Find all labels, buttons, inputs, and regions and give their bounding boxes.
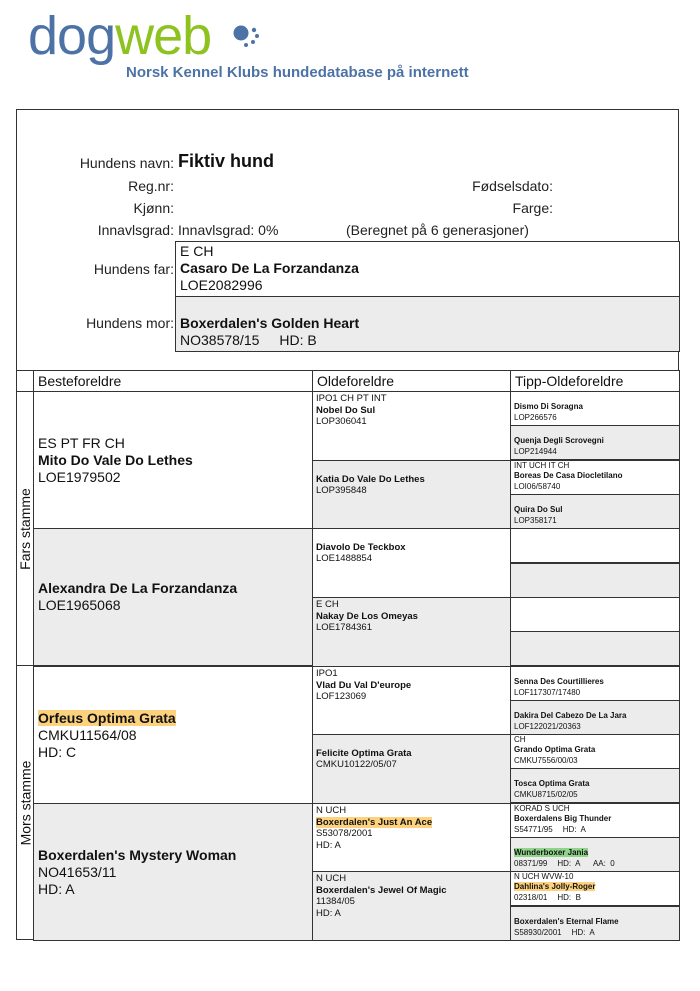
ggg-titles: CH bbox=[514, 735, 676, 746]
great-grandparent-name[interactable]: Boxerdalen's Jewel Of Magic bbox=[316, 885, 447, 896]
logo-dots-icon bbox=[232, 24, 262, 50]
grandparent-name-line: Mito Do Vale Do Lethes bbox=[38, 452, 308, 469]
grandparent-titles: ES PT FR CH bbox=[38, 435, 308, 452]
ggg-reg-line: 02318/01HD: B bbox=[514, 893, 676, 904]
ggg-titles: N UCH WVW-10 bbox=[514, 872, 676, 883]
grandparent-name[interactable]: Boxerdalen's Mystery Woman bbox=[38, 847, 236, 863]
ggg-name[interactable]: Quenja Degli Scrovegni bbox=[514, 436, 604, 445]
great-grandparent-cell[interactable]: N UCHBoxerdalen's Jewel Of Magic11384/05… bbox=[312, 871, 511, 941]
great-grandparent-reg: LOP306041 bbox=[316, 416, 507, 428]
great-grandparent-titles: N UCH bbox=[316, 805, 507, 817]
ggg-reg: LOF117307/17480 bbox=[514, 688, 580, 697]
logo-dog-text: dog bbox=[28, 6, 115, 66]
great-grandparent-cell[interactable]: N UCHBoxerdalen's Just An AceS53078/2001… bbox=[312, 803, 511, 873]
dam-side-label: Mors stamme bbox=[16, 665, 34, 940]
name-label: Hundens navn: bbox=[80, 155, 174, 171]
inbreeding-note: (Beregnet på 6 generasjoner) bbox=[346, 222, 529, 238]
great-grandparent-name[interactable]: Vlad Du Val D'europe bbox=[316, 680, 411, 691]
great-grandparent-reg: S53078/2001 bbox=[316, 828, 507, 840]
great-grandparent-name-line: Vlad Du Val D'europe bbox=[316, 680, 507, 692]
great-great-grandparent-cell[interactable]: Quira Do SulLOP358171 bbox=[510, 494, 680, 529]
grandparent-cell[interactable]: Alexandra De La ForzandanzaLOE1965068 bbox=[33, 528, 313, 666]
ggg-reg: LOF122021/20363 bbox=[514, 722, 581, 731]
dam-name[interactable]: Boxerdalen's Golden Heart bbox=[180, 315, 675, 332]
ggg-name-line: Dahlina's Jolly-Roger bbox=[514, 882, 676, 893]
great-grandparent-cell[interactable]: IPO1Vlad Du Val D'europeLOF123069 bbox=[312, 666, 511, 736]
inbreeding-label: Innavlsgrad: bbox=[98, 222, 174, 238]
great-grandparent-reg: LOF123069 bbox=[316, 691, 507, 703]
ggg-name-line: Dakira Del Cabezo De La Jara bbox=[514, 711, 676, 722]
great-grandparent-reg: 11384/05 bbox=[316, 896, 507, 908]
grandparent-name[interactable]: Orfeus Optima Grata bbox=[38, 710, 176, 726]
great-grandparent-cell[interactable]: Felicite Optima GrataCMKU10122/05/07 bbox=[312, 734, 511, 804]
great-grandparent-name-line: Boxerdalen's Just An Ace bbox=[316, 817, 507, 829]
grandparent-cell[interactable]: ES PT FR CHMito Do Vale Do LethesLOE1979… bbox=[33, 391, 313, 529]
ggg-titles: KORAD S UCH bbox=[514, 804, 676, 815]
dam-box[interactable]: Boxerdalen's Golden Heart NO38578/15HD: … bbox=[175, 296, 680, 352]
color-label: Farge: bbox=[513, 200, 553, 216]
regnr-label: Reg.nr: bbox=[128, 178, 174, 194]
great-great-grandparent-cell[interactable]: KORAD S UCHBoxerdalens Big ThunderS54771… bbox=[510, 803, 680, 838]
great-great-grandparent-cell[interactable]: Tosca Optima GrataCMKU8715/02/05 bbox=[510, 768, 680, 803]
great-grandparent-name-line: Diavolo De Teckbox bbox=[316, 542, 507, 554]
logo-web-text: web bbox=[115, 6, 211, 66]
ggg-name-line: Boxerdalen's Eternal Flame bbox=[514, 917, 676, 928]
great-grandparent-cell[interactable]: IPO1 CH PT INTNobel Do SulLOP306041 bbox=[312, 391, 511, 461]
ggg-name-line: Wunderboxer Jania bbox=[514, 848, 676, 859]
ggg-reg: LOI06/58740 bbox=[514, 482, 560, 491]
great-great-grandparent-cell[interactable]: Wunderboxer Jania08371/99HD: A AA: 0 bbox=[510, 837, 680, 872]
great-great-grandparent-cell bbox=[510, 631, 680, 666]
ggg-name-line: Quira Do Sul bbox=[514, 505, 676, 516]
ggg-name[interactable]: Grando Optima Grata bbox=[514, 745, 595, 754]
dam-hd: HD: B bbox=[279, 332, 316, 348]
ggg-health: HD: A bbox=[563, 825, 586, 834]
great-grandparent-titles: IPO1 bbox=[316, 668, 507, 680]
ggg-reg: S58930/2001 bbox=[514, 928, 562, 937]
header-great-grandparents: Oldeforeldre bbox=[312, 370, 511, 392]
header-great-great-grandparents: Tipp-Oldeforeldre bbox=[510, 370, 680, 392]
ggg-reg-line: LOI06/58740 bbox=[514, 482, 676, 493]
grandparent-reg: LOE1979502 bbox=[38, 469, 308, 486]
grandparent-hd: HD: A bbox=[38, 881, 308, 898]
great-great-grandparent-cell[interactable]: Senna Des CourtillieresLOF117307/17480 bbox=[510, 666, 680, 701]
sire-titles: E CH bbox=[180, 243, 675, 260]
grandparent-name[interactable]: Alexandra De La Forzandanza bbox=[38, 580, 237, 596]
great-grandparent-name[interactable]: Boxerdalen's Just An Ace bbox=[316, 817, 432, 828]
great-grandparent-name[interactable]: Katia Do Vale Do Lethes bbox=[316, 474, 425, 485]
great-grandparent-titles: E CH bbox=[316, 599, 507, 611]
great-grandparent-titles: IPO1 CH PT INT bbox=[316, 393, 507, 405]
great-great-grandparent-cell[interactable]: CHGrando Optima GrataCMKU7556/00/03 bbox=[510, 734, 680, 769]
ggg-reg-line: CMKU7556/00/03 bbox=[514, 756, 676, 767]
ggg-health: HD: A AA: 0 bbox=[557, 859, 614, 868]
great-grandparent-cell[interactable]: Diavolo De TeckboxLOE1488854 bbox=[312, 528, 511, 598]
grandparent-cell[interactable]: Boxerdalen's Mystery WomanNO41653/11HD: … bbox=[33, 803, 313, 941]
ggg-reg-line: LOF117307/17480 bbox=[514, 688, 676, 699]
dog-name: Fiktiv hund bbox=[178, 151, 274, 172]
dam-label: Hundens mor: bbox=[86, 315, 174, 331]
great-grandparent-name-line: Nakay De Los Omeyas bbox=[316, 611, 507, 623]
grandparent-reg: LOE1965068 bbox=[38, 597, 308, 614]
sire-side-label: Fars stamme bbox=[16, 391, 34, 666]
great-grandparent-reg: LOE1488854 bbox=[316, 553, 507, 565]
spacer bbox=[316, 736, 507, 748]
dogweb-logo[interactable]: dogweb Norsk Kennel Klubs hundedatabase … bbox=[28, 14, 508, 84]
sire-label: Hundens far: bbox=[94, 261, 174, 277]
ggg-reg-line: 08371/99HD: A AA: 0 bbox=[514, 859, 676, 870]
dam-reg: NO38578/15 bbox=[180, 332, 259, 348]
logo-wordmark: dogweb bbox=[28, 6, 211, 66]
sire-side-text: Fars stamme bbox=[17, 488, 33, 570]
ggg-name[interactable]: Dakira Del Cabezo De La Jara bbox=[514, 711, 627, 720]
great-grandparent-name[interactable]: Diavolo De Teckbox bbox=[316, 542, 406, 553]
great-grandparent-titles: N UCH bbox=[316, 873, 507, 885]
great-great-grandparent-cell bbox=[510, 597, 680, 632]
great-grandparent-name-line: Nobel Do Sul bbox=[316, 405, 507, 417]
ggg-titles: INT UCH IT CH bbox=[514, 461, 676, 472]
great-grandparent-cell[interactable]: E CHNakay De Los OmeyasLOE1784361 bbox=[312, 597, 511, 667]
ggg-name[interactable]: Dahlina's Jolly-Roger bbox=[514, 882, 595, 891]
grandparent-name-line: Orfeus Optima Grata bbox=[38, 710, 308, 727]
great-great-grandparent-cell[interactable]: N UCH WVW-10Dahlina's Jolly-Roger02318/0… bbox=[510, 871, 680, 906]
ggg-name-line: Quenja Degli Scrovegni bbox=[514, 436, 676, 447]
ggg-name[interactable]: Boxerdalens Big Thunder bbox=[514, 814, 611, 823]
ggg-reg-line: LOP266576 bbox=[514, 413, 676, 424]
great-grandparent-reg: CMKU10122/05/07 bbox=[316, 759, 507, 771]
ggg-reg-line: S54771/95HD: A bbox=[514, 825, 676, 836]
spacer bbox=[316, 462, 507, 474]
grandparent-cell[interactable]: Orfeus Optima GrataCMKU11564/08HD: C bbox=[33, 666, 313, 804]
ggg-reg-line: LOF122021/20363 bbox=[514, 722, 676, 733]
ggg-reg-line: LOP214944 bbox=[514, 447, 676, 458]
grandparent-hd: HD: C bbox=[38, 744, 308, 761]
ggg-reg: CMKU7556/00/03 bbox=[514, 756, 578, 765]
grandparent-name[interactable]: Mito Do Vale Do Lethes bbox=[38, 452, 193, 468]
ggg-reg: LOP358171 bbox=[514, 516, 557, 525]
great-grandparent-hd: HD: A bbox=[316, 908, 507, 920]
great-great-grandparent-cell[interactable]: Dismo Di SoragnaLOP266576 bbox=[510, 391, 680, 426]
ggg-reg: LOP266576 bbox=[514, 413, 557, 422]
ggg-reg-line: CMKU8715/02/05 bbox=[514, 790, 676, 801]
ggg-name-line: Senna Des Courtillieres bbox=[514, 677, 676, 688]
ggg-health: HD: B bbox=[557, 893, 581, 902]
birthdate-label: Fødselsdato: bbox=[472, 178, 553, 194]
great-great-grandparent-cell[interactable]: Dakira Del Cabezo De La JaraLOF122021/20… bbox=[510, 700, 680, 735]
sex-label: Kjønn: bbox=[134, 200, 174, 216]
sire-box[interactable]: E CH Casaro De La Forzandanza LOE2082996 bbox=[175, 241, 680, 297]
ggg-name[interactable]: Quira Do Sul bbox=[514, 505, 562, 514]
grandparent-name-line: Boxerdalen's Mystery Woman bbox=[38, 847, 308, 864]
dam-side-text: Mors stamme bbox=[17, 760, 33, 845]
spacer bbox=[316, 530, 507, 542]
ggg-health: HD: A bbox=[572, 928, 595, 937]
great-great-grandparent-cell bbox=[510, 528, 680, 563]
great-grandparent-reg: LOP395848 bbox=[316, 485, 507, 497]
ggg-reg: 02318/01 bbox=[514, 893, 547, 902]
ggg-reg: LOP214944 bbox=[514, 447, 557, 456]
great-grandparent-name[interactable]: Nakay De Los Omeyas bbox=[316, 611, 418, 622]
ggg-name-line: Boxerdalens Big Thunder bbox=[514, 814, 676, 825]
ggg-name[interactable]: Tosca Optima Grata bbox=[514, 779, 589, 788]
ggg-reg: CMKU8715/02/05 bbox=[514, 790, 578, 799]
dam-reg-line: NO38578/15HD: B bbox=[180, 332, 675, 349]
great-grandparent-name-line: Felicite Optima Grata bbox=[316, 748, 507, 760]
ggg-reg: S54771/95 bbox=[514, 825, 553, 834]
header-grandparents: Besteforeldre bbox=[33, 370, 313, 392]
great-grandparent-hd: HD: A bbox=[316, 840, 507, 852]
sire-reg: LOE2082996 bbox=[180, 277, 675, 294]
ggg-reg-line: S58930/2001HD: A bbox=[514, 928, 676, 939]
great-great-grandparent-cell[interactable]: Quenja Degli ScrovegniLOP214944 bbox=[510, 425, 680, 460]
grandparent-reg: CMKU11564/08 bbox=[38, 727, 308, 744]
great-great-grandparent-cell[interactable]: Boxerdalen's Eternal FlameS58930/2001HD:… bbox=[510, 906, 680, 941]
great-grandparent-name-line: Boxerdalen's Jewel Of Magic bbox=[316, 885, 507, 897]
great-grandparent-name[interactable]: Felicite Optima Grata bbox=[316, 748, 412, 759]
ggg-name-line: Grando Optima Grata bbox=[514, 745, 676, 756]
great-grandparent-cell[interactable]: Katia Do Vale Do LethesLOP395848 bbox=[312, 460, 511, 530]
pedigree-grid: Besteforeldre Oldeforeldre Tipp-Oldefore… bbox=[16, 370, 680, 940]
ggg-name[interactable]: Boxerdalen's Eternal Flame bbox=[514, 917, 619, 926]
ggg-reg-line: LOP358171 bbox=[514, 516, 676, 527]
great-great-grandparent-cell bbox=[510, 563, 680, 598]
great-grandparent-name-line: Katia Do Vale Do Lethes bbox=[316, 474, 507, 486]
ggg-name[interactable]: Boreas De Casa Diocletilano bbox=[514, 471, 622, 480]
header-corner bbox=[16, 370, 34, 392]
ggg-name-line: Tosca Optima Grata bbox=[514, 779, 676, 790]
ggg-name[interactable]: Senna Des Courtillieres bbox=[514, 677, 604, 686]
ggg-reg: 08371/99 bbox=[514, 859, 547, 868]
logo-subtitle: Norsk Kennel Klubs hundedatabase på inte… bbox=[126, 64, 469, 81]
great-grandparent-reg: LOE1784361 bbox=[316, 622, 507, 634]
grandparent-name-line: Alexandra De La Forzandanza bbox=[38, 580, 308, 597]
sire-name[interactable]: Casaro De La Forzandanza bbox=[180, 260, 675, 277]
ggg-name-line: Dismo Di Soragna bbox=[514, 402, 676, 413]
great-great-grandparent-cell[interactable]: INT UCH IT CHBoreas De Casa Diocletilano… bbox=[510, 460, 680, 495]
ggg-name[interactable]: Wunderboxer Jania bbox=[514, 848, 588, 857]
ggg-name[interactable]: Dismo Di Soragna bbox=[514, 402, 583, 411]
great-grandparent-name[interactable]: Nobel Do Sul bbox=[316, 405, 375, 416]
inbreeding-value: Innavlsgrad: 0% bbox=[178, 222, 278, 238]
ggg-name-line: Boreas De Casa Diocletilano bbox=[514, 471, 676, 482]
grandparent-reg: NO41653/11 bbox=[38, 864, 308, 881]
